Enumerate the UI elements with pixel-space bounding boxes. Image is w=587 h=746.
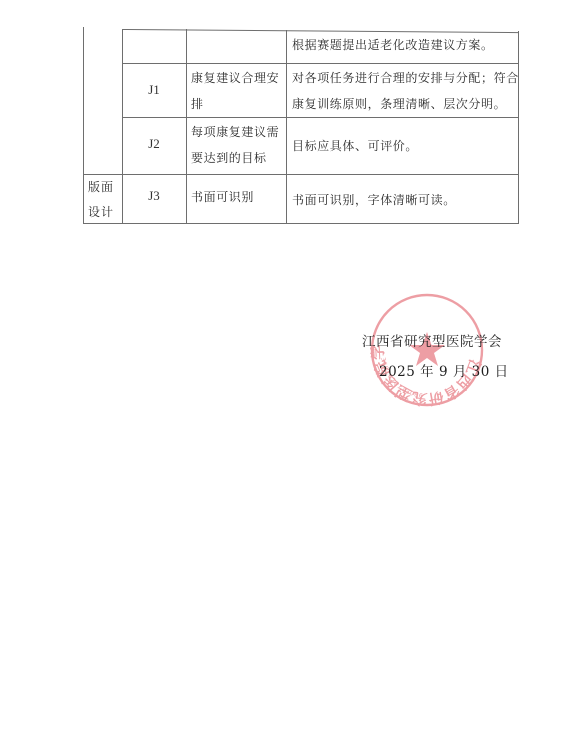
criteria-text-line: 康复训练原则，条理清晰、层次分明。: [292, 93, 519, 115]
item-cell: 书面可识别: [191, 186, 254, 208]
signature-date: 2025 年 9 月 30 日: [379, 360, 509, 380]
item-text-line: 排: [191, 93, 279, 115]
code-text: J1: [148, 82, 160, 97]
code-text: J2: [148, 136, 160, 151]
criteria-text: 书面可识别，字体清晰可读。: [292, 193, 456, 207]
criteria-cell: 书面可识别，字体清晰可读。: [292, 189, 456, 211]
item-cell: 每项康复建议需 要达到的目标: [191, 121, 279, 169]
criteria-text: 根据赛题提出适老化改造建议方案。: [292, 38, 494, 52]
table-border-right: [518, 31, 519, 224]
table-row-divider-1: [122, 63, 519, 64]
criteria-cell: 目标应具体、可评价。: [292, 135, 418, 157]
criteria-text: 目标应具体、可评价。: [292, 139, 418, 153]
table-border-left: [83, 27, 84, 223]
table-row-divider-3: [83, 174, 519, 175]
table-row-divider-2: [122, 117, 519, 118]
criteria-cell: 对各项任务进行合理的安排与分配；符合 康复训练原则，条理清晰、层次分明。: [292, 67, 519, 115]
category-cell: 版面 设计: [88, 176, 114, 223]
item-text-line: 康复建议合理安: [191, 67, 279, 89]
table-col-divider-2: [186, 29, 187, 223]
criteria-cell: 根据赛题提出适老化改造建议方案。: [292, 34, 494, 56]
code-cell: J1: [122, 82, 186, 98]
item-cell: 康复建议合理安 排: [191, 67, 279, 115]
item-text-line: 每项康复建议需: [191, 121, 279, 143]
official-seal: 江西省研究型医院学会 3601020113086: [369, 292, 485, 408]
organization-name: 江西省研究型医院学会: [362, 330, 502, 350]
item-text: 书面可识别: [191, 190, 254, 204]
category-text-line: 设计: [88, 201, 114, 223]
table-col-divider-3: [286, 30, 287, 223]
table-border-bottom: [83, 223, 519, 224]
item-text-line: 要达到的目标: [191, 147, 279, 169]
code-text: J3: [148, 188, 160, 203]
document-page: 根据赛题提出适老化改造建议方案。 J1 康复建议合理安 排 对各项任务进行合理的…: [0, 0, 587, 746]
category-text-line: 版面: [88, 176, 114, 198]
table-border-top: [122, 29, 519, 33]
code-cell: J2: [122, 136, 186, 152]
code-cell: J3: [122, 188, 186, 204]
criteria-text-line: 对各项任务进行合理的安排与分配；符合: [292, 67, 519, 89]
